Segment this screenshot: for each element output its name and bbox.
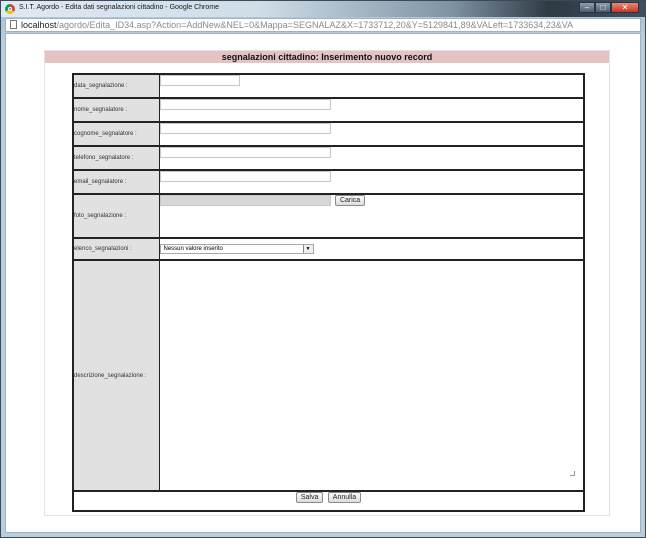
telefono-segnalatore-input[interactable] — [160, 147, 331, 158]
url-host: localhost — [21, 20, 57, 30]
field-label: telefono_segnalatore : — [73, 146, 159, 170]
form-actions-row: Salva Annulla — [73, 491, 584, 511]
cancel-button[interactable]: Annulla — [328, 492, 361, 503]
maximize-button[interactable]: □ — [595, 2, 611, 13]
descrizione-segnalazione-textarea[interactable] — [160, 261, 577, 482]
field-label: foto_segnalazione : — [73, 194, 159, 238]
form-row: email_segnalatore : — [73, 170, 584, 194]
save-button[interactable]: Salva — [296, 492, 324, 503]
dropdown-arrow-icon[interactable]: ▼ — [303, 245, 313, 253]
title-bar: S.I.T. Agordo - Edita dati segnalazioni … — [1, 1, 645, 17]
form-row: cognome_segnalatore : — [73, 122, 584, 146]
form-row: telefono_segnalatore : — [73, 146, 584, 170]
window-controls: – □ ✕ — [579, 2, 639, 13]
field-label: elenco_segnalazioni : — [73, 238, 159, 260]
field-label: cognome_segnalatore : — [73, 122, 159, 146]
record-form: data_segnalazione : nome_segnalatore : c… — [72, 73, 585, 512]
field-label: email_segnalatore : — [73, 170, 159, 194]
foto-segnalazione-file-field[interactable] — [160, 195, 331, 206]
form-row: foto_segnalazione : Carica — [73, 194, 584, 238]
field-label: descrizione_segnalazione : — [73, 260, 159, 491]
page-icon — [10, 20, 17, 29]
window-title: S.I.T. Agordo - Edita dati segnalazioni … — [19, 4, 219, 11]
chrome-logo-icon — [5, 4, 15, 14]
email-segnalatore-input[interactable] — [160, 171, 331, 182]
resize-grip-icon[interactable] — [570, 471, 575, 476]
form-title: segnalazioni cittadino: Inserimento nuov… — [45, 51, 609, 63]
url-path: /agordo/Edita_ID34.asp?Action=AddNew&NEL… — [57, 20, 574, 30]
upload-button[interactable]: Carica — [335, 195, 365, 206]
elenco-segnalazioni-select[interactable]: Nessun valore inserito ▼ — [160, 244, 314, 254]
address-bar[interactable]: localhost/agordo/Edita_ID34.asp?Action=A… — [5, 18, 641, 32]
form-row: nome_segnalatore : — [73, 98, 584, 122]
form-container: segnalazioni cittadino: Inserimento nuov… — [44, 50, 610, 516]
form-row: descrizione_segnalazione : — [73, 260, 584, 491]
select-value: Nessun valore inserito — [164, 246, 223, 252]
cognome-segnalatore-input[interactable] — [160, 123, 331, 134]
minimize-button[interactable]: – — [579, 2, 595, 13]
data-segnalazione-input[interactable] — [160, 75, 240, 86]
close-button[interactable]: ✕ — [611, 2, 639, 13]
form-row: elenco_segnalazioni : Nessun valore inse… — [73, 238, 584, 260]
field-label: data_segnalazione : — [73, 74, 159, 98]
form-row: data_segnalazione : — [73, 74, 584, 98]
page-viewport: segnalazioni cittadino: Inserimento nuov… — [5, 33, 641, 533]
field-label: nome_segnalatore : — [73, 98, 159, 122]
nome-segnalatore-input[interactable] — [160, 99, 331, 110]
browser-window: S.I.T. Agordo - Edita dati segnalazioni … — [0, 0, 646, 538]
